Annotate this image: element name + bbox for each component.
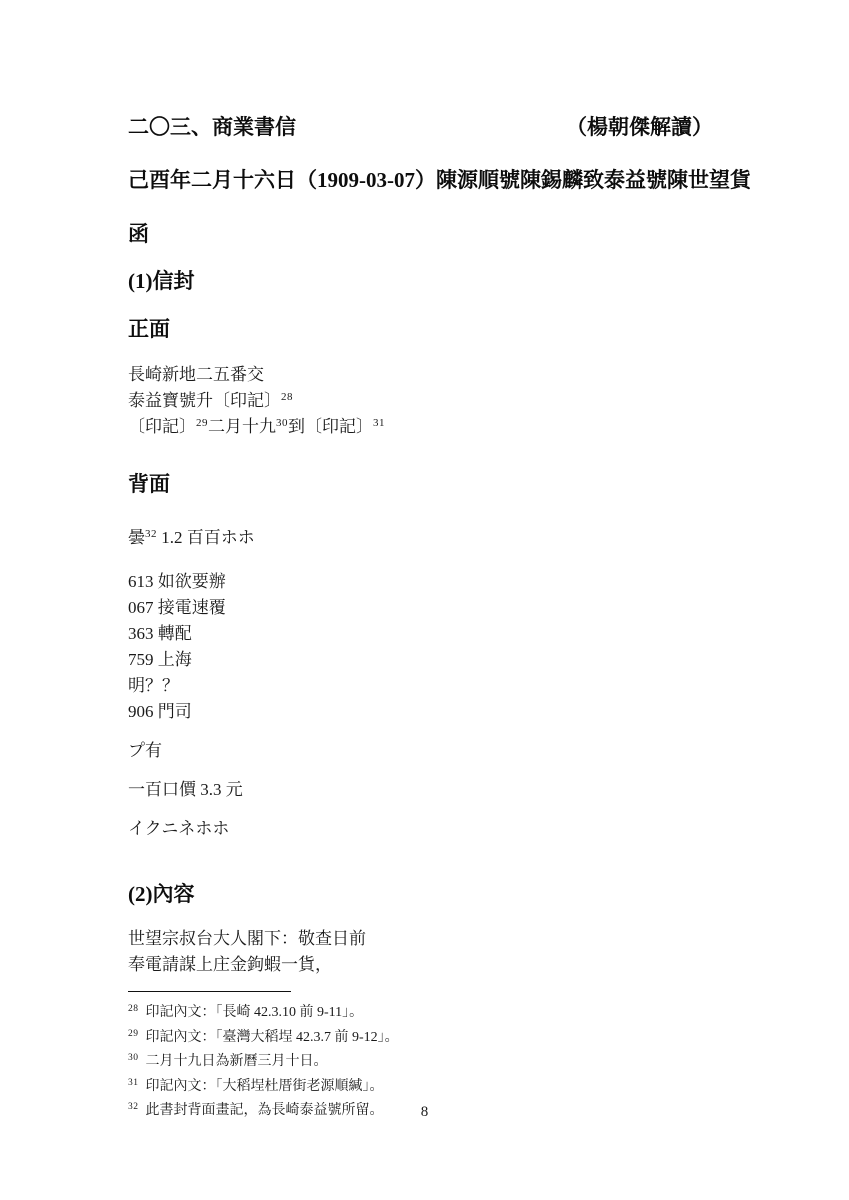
footnote-marker: 28 [128, 1004, 139, 1014]
content-line: 奉電請謀上庄金鉤蝦一貨， [128, 952, 737, 978]
letter-content: 世望宗叔台大人閣下：敬查日前 奉電請謀上庄金鉤蝦一貨， [128, 926, 737, 978]
footnote: 31印記內文：「大稻埕杜厝街老源順緘」。 [128, 1073, 737, 1098]
weather-rest: 1.2 百百ホホ [157, 528, 255, 547]
letter-title-line1: 己酉年二月十六日（1909-03-07）陳源順號陳錫麟致泰益號陳世望貨 [128, 169, 737, 191]
footnote: 28印記內文：「長崎 42.3.10 前 9-11」。 [128, 999, 737, 1024]
footnote-marker: 31 [128, 1078, 139, 1088]
heading-content: (2)內容 [128, 883, 737, 905]
back-note-line: プ有 [128, 738, 737, 764]
code-line: 759 上海 [128, 647, 737, 673]
footnote-ref-28: 28 [281, 391, 293, 403]
footnote: 30二月十九日為新曆三月十日。 [128, 1048, 737, 1073]
code-line: 067 接電速覆 [128, 595, 737, 621]
footnote-ref-30: 30 [276, 417, 288, 429]
letter-title-line2: 函 [128, 223, 737, 245]
footnote-text: 二月十九日為新曆三月十日。 [146, 1054, 328, 1069]
interpreter-credit: （楊朝傑解讀） [566, 116, 713, 138]
code-line: 363 轉配 [128, 621, 737, 647]
heading-envelope-front: 正面 [128, 318, 737, 340]
footnote-ref-32: 32 [145, 528, 157, 540]
back-price-line: 一百口價 3.3 元 [128, 777, 737, 803]
back-weather-line: 曇32 1.2 百百ホホ [128, 525, 737, 551]
address-line-text: 二月十九 [208, 417, 276, 436]
code-line: 906 門司 [128, 699, 737, 725]
page-number: 8 [0, 1104, 849, 1121]
document-page: 二〇三、商業書信 （楊朝傑解讀） 己酉年二月十六日（1909-03-07）陳源順… [0, 0, 849, 1200]
footnote-marker: 29 [128, 1029, 139, 1039]
address-line-text: 到〔印記〕 [288, 417, 373, 436]
envelope-front-address: 長崎新地二五番交 泰益寶號升〔印記〕28 〔印記〕29二月十九30到〔印記〕31 [128, 362, 737, 440]
footnote-text: 印記內文：「大稻埕杜厝街老源順緘」。 [146, 1079, 384, 1094]
footnote-divider [128, 991, 291, 992]
footnote-text: 印記內文：「臺灣大稻埕 42.3.7 前 9-12」。 [146, 1030, 399, 1045]
address-line: 〔印記〕29二月十九30到〔印記〕31 [128, 414, 737, 440]
heading-envelope-back: 背面 [128, 473, 737, 495]
title-row: 二〇三、商業書信 （楊朝傑解讀） [128, 116, 737, 138]
code-line: 明？？ [128, 673, 737, 699]
address-line-text: 泰益寶號升〔印記〕 [128, 391, 281, 410]
footnote: 29印記內文：「臺灣大稻埕 42.3.7 前 9-12」。 [128, 1024, 737, 1049]
address-line: 泰益寶號升〔印記〕28 [128, 388, 737, 414]
weather-char: 曇 [128, 528, 145, 547]
address-line: 長崎新地二五番交 [128, 362, 737, 388]
back-kana-line: イクニネホホ [128, 816, 737, 842]
footnote-marker: 30 [128, 1053, 139, 1063]
content-line: 世望宗叔台大人閣下：敬查日前 [128, 926, 737, 952]
footnote-ref-29: 29 [196, 417, 208, 429]
code-line: 613 如欲要辦 [128, 569, 737, 595]
footnote-text: 印記內文：「長崎 42.3.10 前 9-11」。 [146, 1005, 364, 1020]
address-line-text: 〔印記〕 [128, 417, 196, 436]
heading-envelope: (1)信封 [128, 270, 737, 292]
back-code-list: 613 如欲要辦 067 接電速覆 363 轉配 759 上海 明？？ 906 … [128, 569, 737, 725]
section-title: 二〇三、商業書信 [128, 116, 296, 138]
footnote-ref-31: 31 [373, 417, 385, 429]
